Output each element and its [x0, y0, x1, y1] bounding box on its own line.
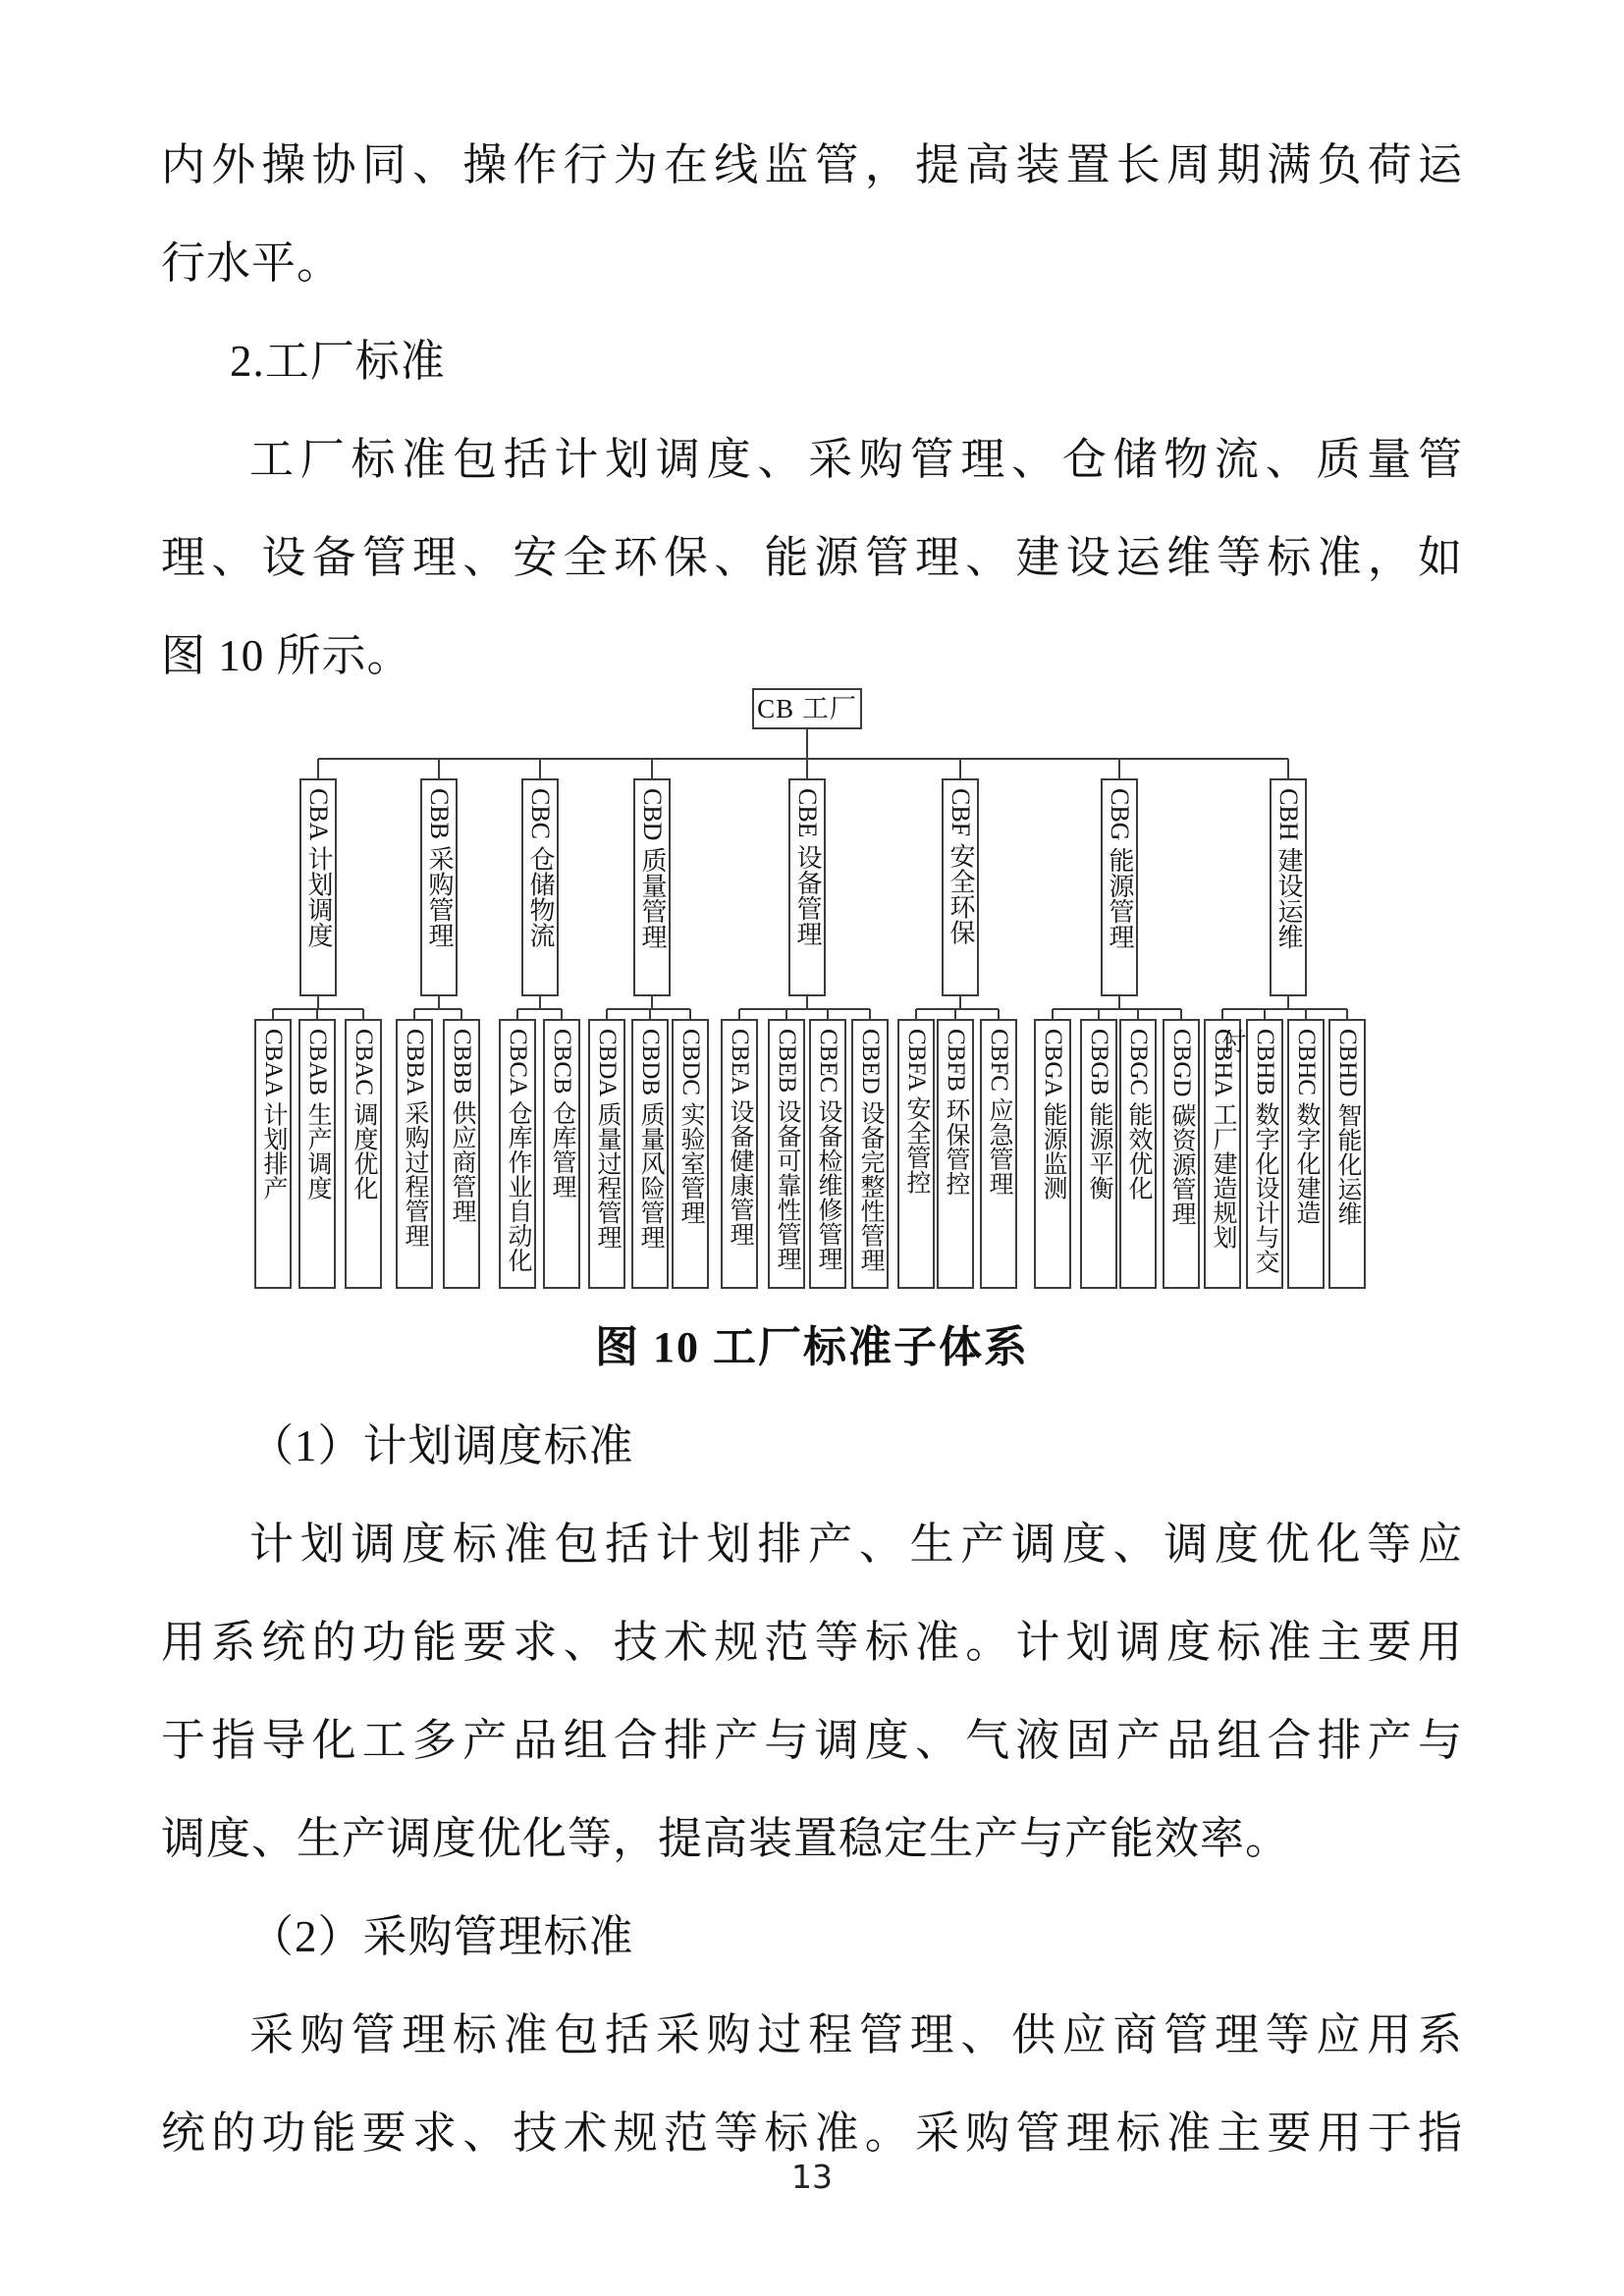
section-heading: （2）采购管理标准: [161, 1888, 1463, 1986]
org-node-cbg: CBG 能源管理: [1101, 778, 1138, 996]
org-node-cbfb: CBFB 环保管控: [937, 1019, 974, 1289]
org-node-cbfc: CBFC 应急管理: [980, 1019, 1017, 1289]
org-node-cbcb: CBCB 仓库管理: [543, 1019, 580, 1289]
body-line: 调度、生产调度优化等，提高装置稳定生产与产能效率。: [161, 1789, 1463, 1888]
org-node-cbed: CBED 设备完整性管理: [851, 1019, 889, 1289]
org-node-cbec: CBEC 设备检维修管理: [809, 1019, 846, 1289]
org-node-cbea: CBEA 设备健康管理: [721, 1019, 758, 1289]
org-node-cbgb: CBGB 能源平衡: [1080, 1019, 1117, 1289]
org-node-cba: CBA 计划调度: [299, 778, 337, 996]
org-node-cbaa: CBAA 计划排产: [254, 1019, 292, 1289]
figure-caption: 图 10 工厂标准子体系: [0, 1299, 1624, 1397]
org-node-cbc: CBC 仓储物流: [521, 778, 559, 996]
org-node-cbeb: CBEB 设备可靠性管理: [768, 1019, 805, 1289]
org-node-cbab: CBAB 生产调度: [298, 1019, 336, 1289]
org-node-cbd: CBD 质量管理: [633, 778, 671, 996]
org-node-cbac: CBAC 调度优化: [345, 1019, 382, 1289]
body-line: 内外操协同、操作行为在线监管，提高装置长周期满负荷运: [161, 116, 1463, 214]
org-node-cbhb: CBHB 数字化设计与交付: [1246, 1019, 1283, 1289]
org-node-cbda: CBDA 质量过程管理: [588, 1019, 625, 1289]
body-line: 于指导化工多产品组合排产与调度、气液固产品组合排产与: [161, 1691, 1463, 1789]
org-node-cbe: CBE 设备管理: [788, 778, 826, 996]
org-node-cbgc: CBGC 能效优化: [1119, 1019, 1157, 1289]
body-line: 行水平。: [161, 214, 1463, 312]
org-node-root: CB 工厂: [752, 688, 862, 729]
org-node-cbba: CBBA 采购过程管理: [396, 1019, 433, 1289]
org-node-cbh: CBH 建设运维: [1270, 778, 1307, 996]
org-node-cbhc: CBHC 数字化建造: [1287, 1019, 1325, 1289]
body-line: 理、设备管理、安全环保、能源管理、建设运维等标准，如: [161, 508, 1463, 607]
page-number: 13: [0, 2158, 1624, 2196]
org-node-cbha: CBHA 工厂建造规划: [1204, 1019, 1241, 1289]
org-node-cbb: CBB 采购管理: [420, 778, 458, 996]
org-node-cbga: CBGA 能源监测: [1034, 1019, 1071, 1289]
org-node-cbdb: CBDB 质量风险管理: [631, 1019, 669, 1289]
section-heading: 2.工厂标准: [161, 312, 1463, 410]
body-line: 采购管理标准包括采购过程管理、供应商管理等应用系: [161, 1986, 1463, 2084]
text-block-top: 内外操协同、操作行为在线监管，提高装置长周期满负荷运 行水平。 2.工厂标准 工…: [0, 0, 1624, 705]
org-node-cbbb: CBBB 供应商管理: [443, 1019, 480, 1289]
org-node-cbca: CBCA 仓库作业自动化: [499, 1019, 536, 1289]
text-block-bottom: （1）计划调度标准 计划调度标准包括计划排产、生产调度、调度优化等应 用系统的功…: [0, 1397, 1624, 2182]
body-line: 用系统的功能要求、技术规范等标准。计划调度标准主要用: [161, 1593, 1463, 1691]
document-page: 内外操协同、操作行为在线监管，提高装置长周期满负荷运 行水平。 2.工厂标准 工…: [0, 0, 1624, 2296]
body-line: 工厂标准包括计划调度、采购管理、仓储物流、质量管: [161, 410, 1463, 508]
org-node-cbgd: CBGD 碳资源管理: [1163, 1019, 1200, 1289]
body-line: 计划调度标准包括计划排产、生产调度、调度优化等应: [161, 1495, 1463, 1593]
org-node-cbhd: CBHD 智能化运维: [1328, 1019, 1366, 1289]
org-node-cbf: CBF 安全环保: [942, 778, 979, 996]
org-chart-figure: CB 工厂 CBA 计划调度 CBB 采购管理 CBC 仓储物流 CBD 质量管…: [0, 680, 1624, 1299]
org-node-cbdc: CBDC 实验室管理: [672, 1019, 709, 1289]
section-heading: （1）计划调度标准: [161, 1397, 1463, 1495]
org-node-cbfa: CBFA 安全管控: [897, 1019, 935, 1289]
